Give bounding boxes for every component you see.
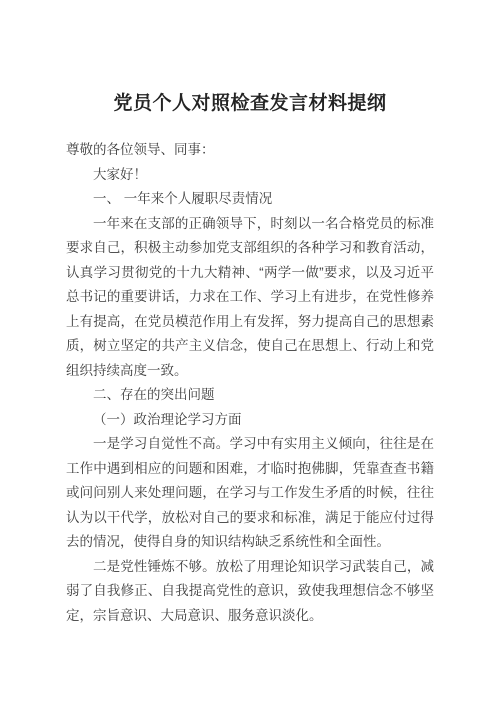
document-page: 党员个人对照检查发言材料提纲 尊敬的各位领导、同事：大家好！一、 一年来个人履职… xyxy=(0,0,500,707)
document-title: 党员个人对照检查发言材料提纲 xyxy=(0,0,500,116)
paragraph: （一）政治理论学习方面 xyxy=(66,408,434,433)
paragraph: 二、存在的突出问题 xyxy=(66,383,434,408)
paragraph: 一是学习自觉性不高。学习中有实用主义倾向，往往是在工作中遇到相应的问题和困难，才… xyxy=(66,432,434,555)
paragraph: 二是党性锤炼不够。放松了用理论知识学习武装自己，减弱了自我修正、自我提高党性的意… xyxy=(66,555,434,629)
document-body: 尊敬的各位领导、同事：大家好！一、 一年来个人履职尽责情况一年来在支部的正确领导… xyxy=(66,138,434,628)
paragraph: 尊敬的各位领导、同事： xyxy=(66,138,434,163)
paragraph: 一、 一年来个人履职尽责情况 xyxy=(66,187,434,212)
paragraph: 一年来在支部的正确领导下，时刻以一名合格党员的标准要求自己，积极主动参加党支部组… xyxy=(66,212,434,384)
paragraph: 大家好！ xyxy=(66,163,434,188)
